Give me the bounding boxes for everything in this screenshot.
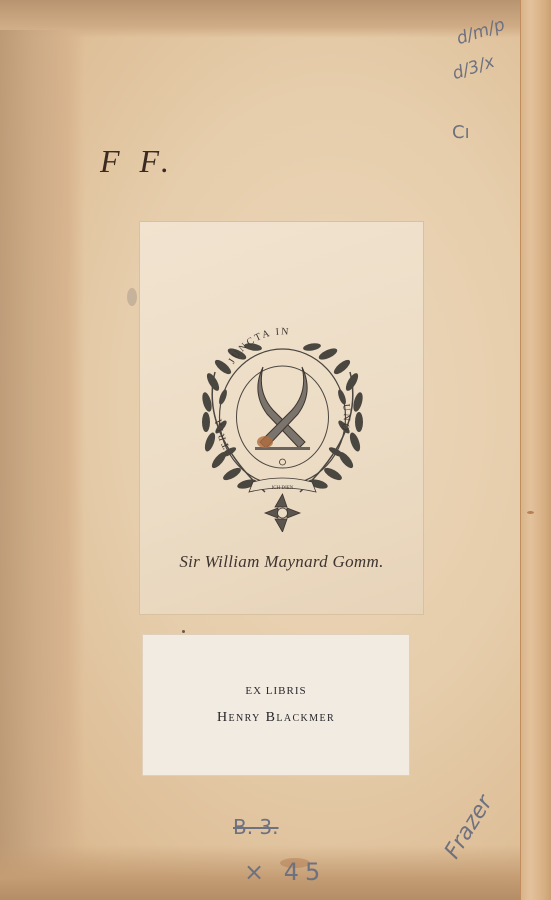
spine-edge <box>520 0 551 900</box>
pencil-shelfmark-code: × 45 <box>244 858 326 886</box>
armorial-owner-name: Sir William Maynard Gomm. <box>140 552 423 572</box>
exlibris-label: EX LIBRIS <box>143 685 409 697</box>
ink-initials: F F. <box>100 143 175 180</box>
pencil-note-line2: d/3/x <box>450 52 497 84</box>
exlibris-bookplate: EX LIBRIS Henry Blackmer <box>143 635 409 775</box>
pencil-shelfmark-struck: B. 3. <box>233 815 279 839</box>
foxing-spot <box>127 288 137 306</box>
svg-text:ICH DIEN: ICH DIEN <box>272 486 294 491</box>
foxing-spot <box>182 630 185 633</box>
pencil-note-line3: Cı <box>452 122 470 143</box>
foxing-spot <box>527 511 534 514</box>
svg-text:TRIA: TRIA <box>213 416 232 450</box>
left-edge-stain <box>0 30 85 900</box>
crest-wreath-icon: JUNCTA IN TRIA UNO ICH DIEN <box>195 302 370 532</box>
svg-text:UNO: UNO <box>339 404 352 434</box>
armorial-bookplate: JUNCTA IN TRIA UNO ICH DIEN <box>140 222 423 614</box>
book-pastedown: d/m/p d/3/x Cı F F. B. 3. × 45 Frazer <box>0 0 551 900</box>
exlibris-owner-name: Henry Blackmer <box>143 710 409 726</box>
